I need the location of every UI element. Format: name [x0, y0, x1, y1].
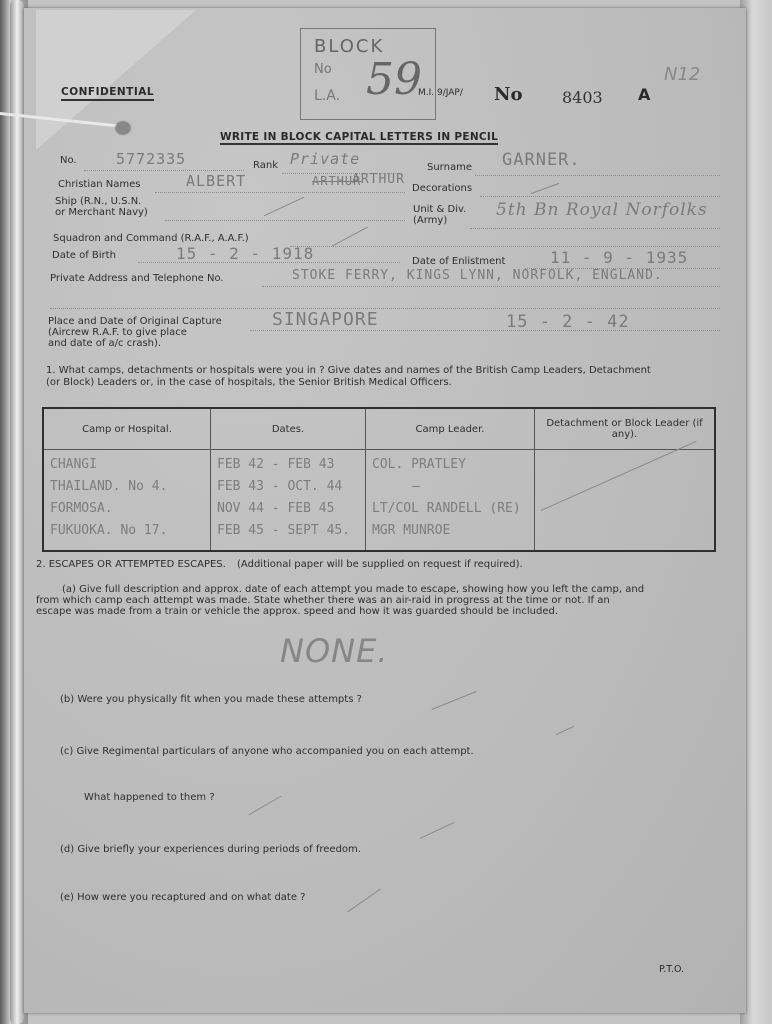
- table-cell[interactable]: MGR MUNROE: [372, 520, 530, 542]
- dates-column: FEB 42 - FEB 43 FEB 43 - OCT. 44 NOV 44 …: [211, 450, 366, 552]
- section2-heading: 2. ESCAPES OR ATTEMPTED ESCAPES. (Additi…: [36, 559, 523, 571]
- christian-name-first[interactable]: ALBERT: [186, 172, 246, 190]
- no-label: No.: [60, 155, 77, 166]
- form-reference: M.I. 9/JAP/: [418, 88, 463, 98]
- enlistment-value[interactable]: 11 - 9 - 1935: [550, 248, 688, 267]
- surname-value[interactable]: GARNER.: [502, 150, 581, 170]
- detachment-column: [535, 450, 716, 552]
- section2-note: (Additional paper will be supplied on re…: [237, 559, 523, 570]
- table-cell[interactable]: FEB 42 - FEB 43: [217, 454, 361, 476]
- table-cell[interactable]: FEB 45 - SEPT 45.: [217, 520, 361, 542]
- address-value[interactable]: STOKE FERRY, KINGS LYNN, NORFOLK, ENGLAN…: [292, 268, 663, 283]
- section2-title: 2. ESCAPES OR ATTEMPTED ESCAPES.: [36, 559, 226, 570]
- question-c2: What happened to them ?: [84, 792, 215, 804]
- surname-label: Surname: [427, 162, 472, 173]
- capture-label-2: (Aircrew R.A.F. to give place: [48, 327, 187, 338]
- unit-value[interactable]: 5th Bn Royal Norfolks: [496, 200, 708, 220]
- stamp-number: 59: [366, 54, 422, 105]
- rank-label: Rank: [253, 160, 278, 171]
- decorations-label: Decorations: [412, 183, 472, 194]
- detachment-dash: [541, 441, 697, 511]
- christian-name-second[interactable]: ARTHUR: [352, 172, 405, 187]
- question-e: (e) How were you recaptured and on what …: [60, 892, 306, 904]
- table-cell[interactable]: THAILAND. No 4.: [50, 476, 206, 498]
- christian-names-label: Christian Names: [58, 179, 140, 190]
- table-cell[interactable]: —: [372, 476, 530, 498]
- answer-a[interactable]: NONE.: [280, 632, 388, 670]
- table-cell[interactable]: COL. PRATLEY: [372, 454, 530, 476]
- camp-column: CHANGI THAILAND. No 4. FORMOSA. FUKUOKA.…: [43, 450, 211, 552]
- table-cell[interactable]: LT/COL RANDELL (RE): [372, 498, 530, 520]
- table-cell[interactable]: FORMOSA.: [50, 498, 206, 520]
- ship-label-2: or Merchant Navy): [55, 207, 148, 218]
- binder-rod: [10, 0, 24, 1024]
- question-b: (b) Were you physically fit when you mad…: [60, 694, 362, 706]
- dob-value[interactable]: 15 - 2 - 1918: [176, 244, 314, 263]
- unit-label-2: (Army): [413, 215, 447, 226]
- corner-annotation: N12: [664, 64, 700, 85]
- capture-place[interactable]: SINGAPORE: [272, 309, 379, 330]
- section1-question: 1. What camps, detachments or hospitals …: [46, 365, 746, 377]
- address-label: Private Address and Telephone No.: [50, 273, 224, 284]
- squadron-label: Squadron and Command (R.A.F., A.A.F.): [53, 233, 249, 244]
- col-leader: Camp Leader.: [366, 408, 535, 450]
- punch-hole: [116, 122, 130, 134]
- enlistment-label: Date of Enlistment: [412, 256, 505, 267]
- number-mark: No: [494, 84, 522, 105]
- leader-column: COL. PRATLEY — LT/COL RANDELL (RE) MGR M…: [366, 450, 535, 552]
- table-cell[interactable]: NOV 44 - FEB 45: [217, 498, 361, 520]
- camps-table: Camp or Hospital. Dates. Camp Leader. De…: [42, 407, 716, 552]
- serial-number: 8403: [562, 88, 603, 107]
- page-turn-note: P.T.O.: [659, 964, 684, 975]
- col-camp: Camp or Hospital.: [43, 408, 211, 450]
- no-value[interactable]: 5772335: [116, 150, 186, 168]
- section1-question-2: (or Block) Leaders or, in the case of ho…: [46, 377, 452, 389]
- unit-label: Unit & Div.: [413, 204, 466, 215]
- dob-label: Date of Birth: [52, 250, 116, 261]
- question-c: (c) Give Regimental particulars of anyon…: [60, 746, 474, 758]
- instruction-heading: WRITE IN BLOCK CAPITAL LETTERS IN PENCIL: [220, 131, 498, 145]
- capture-label: Place and Date of Original Capture: [48, 316, 222, 327]
- question-a-line3: escape was made from a train or vehicle …: [36, 606, 558, 618]
- classification-label: CONFIDENTIAL: [61, 86, 154, 101]
- capture-date[interactable]: 15 - 2 - 42: [506, 312, 630, 332]
- rank-value[interactable]: Private: [290, 150, 360, 168]
- table-cell[interactable]: FEB 43 - OCT. 44: [217, 476, 361, 498]
- capture-label-3: and date of a/c crash).: [48, 338, 161, 349]
- col-dates: Dates.: [211, 408, 366, 450]
- ship-label: Ship (R.N., U.S.N.: [55, 196, 141, 207]
- table-cell[interactable]: FUKUOKA. No 17.: [50, 520, 206, 542]
- serial-suffix: A: [638, 85, 650, 104]
- table-cell[interactable]: CHANGI: [50, 454, 206, 476]
- stamp-la-text: L.A.: [314, 88, 340, 104]
- question-d: (d) Give briefly your experiences during…: [60, 844, 361, 856]
- stamp-no-text: No: [314, 62, 332, 77]
